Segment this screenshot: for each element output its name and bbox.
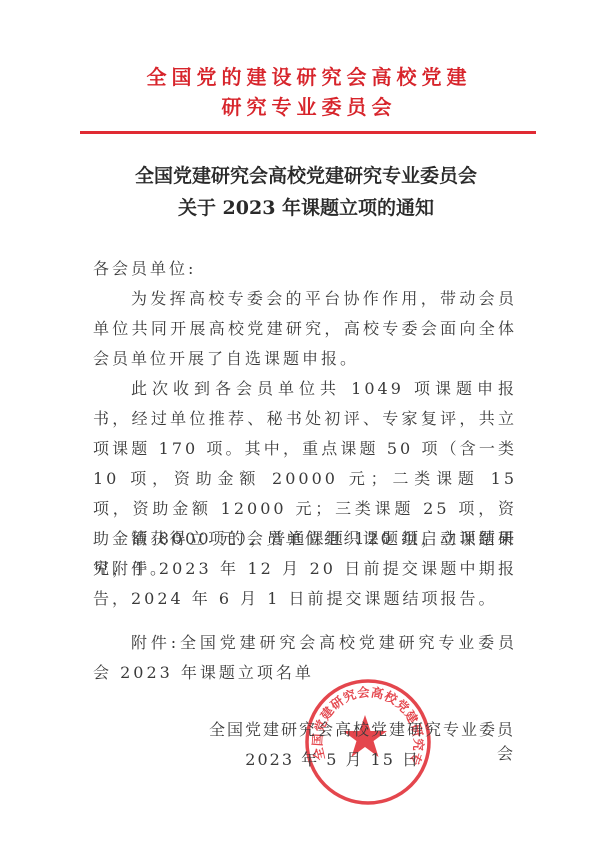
paragraph-3: 请获得立项的会员单位组织课题组启动课题研究，于 2023 年 12 月 20 日… xyxy=(93,524,517,614)
paragraph-1: 为发挥高校专委会的平台协作作用，带动会员单位共同开展高校党建研究，高校专委会面向… xyxy=(93,284,517,374)
salutation: 各会员单位: xyxy=(93,254,517,284)
letterhead-line-1: 全国党的建设研究会高校党建 xyxy=(0,64,612,90)
document-title-line-2: 关于 2023 年课题立项的通知 xyxy=(0,196,612,220)
letterhead-divider xyxy=(80,131,536,134)
letterhead-line-2: 研究专业委员会 xyxy=(0,94,612,120)
signature-date: 2023 年 5 月 15 日 xyxy=(200,748,420,772)
document-title-line-1: 全国党建研究会高校党建研究专业委员会 xyxy=(0,164,612,188)
